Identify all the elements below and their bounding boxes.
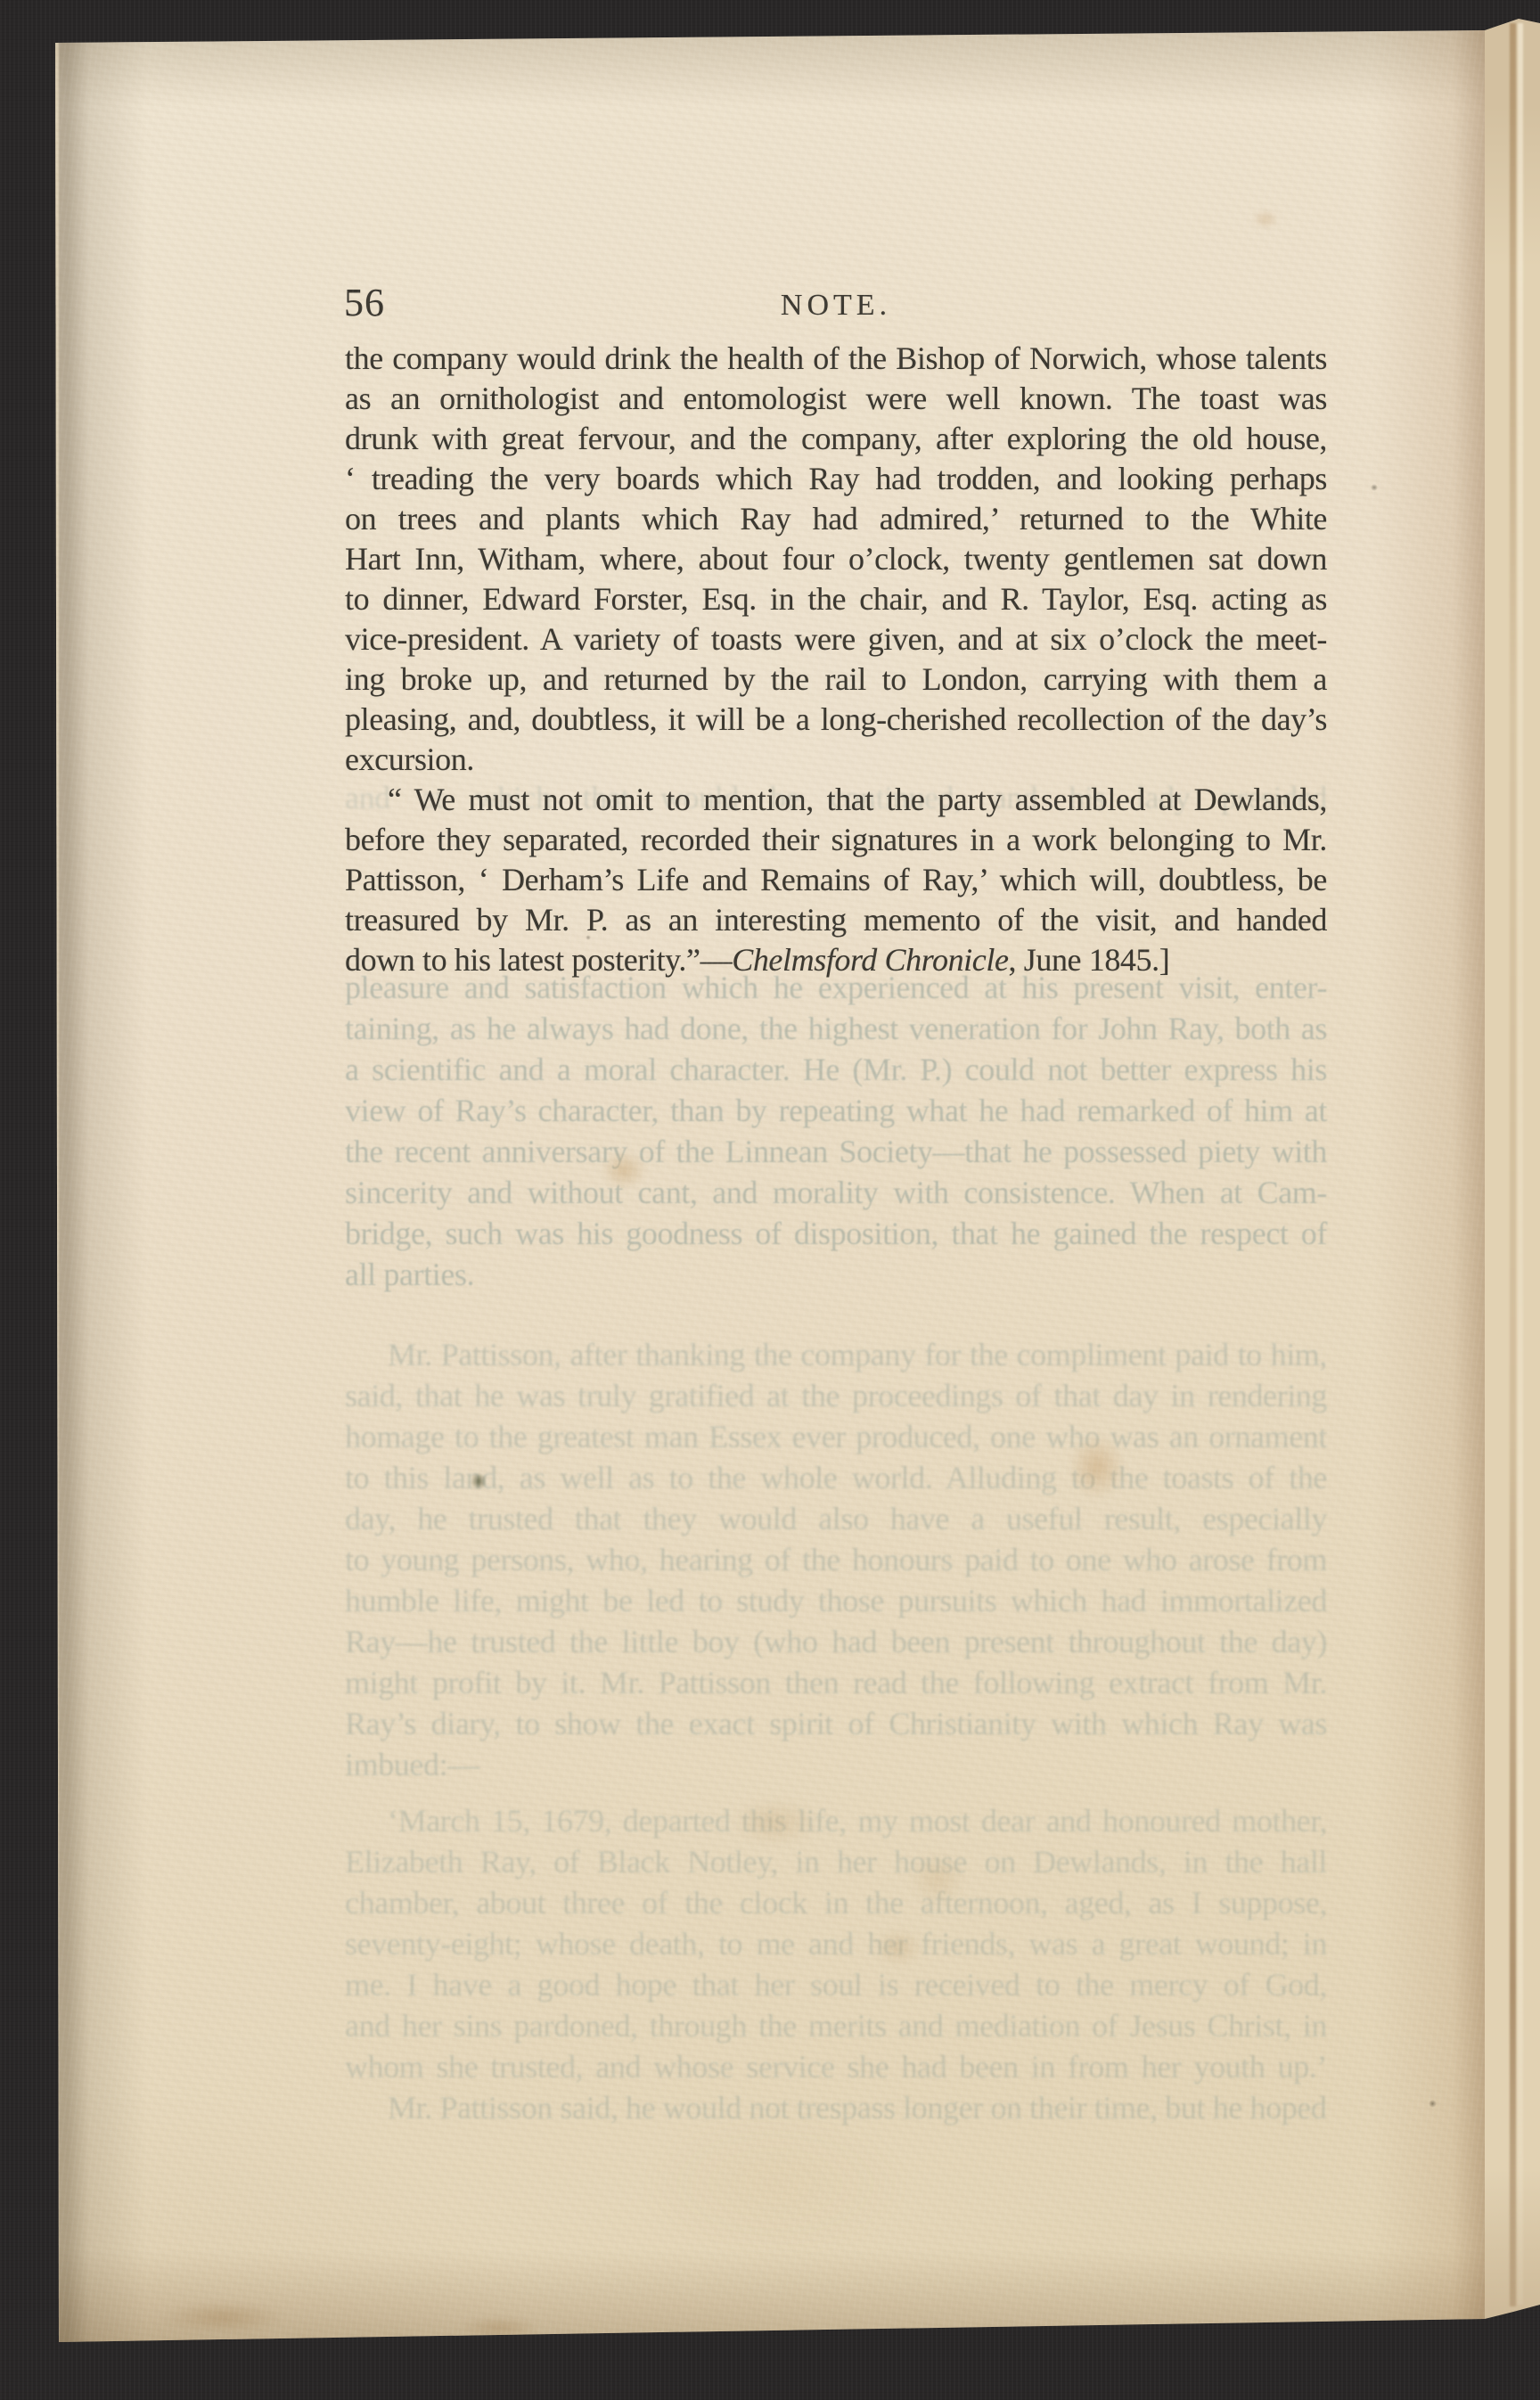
text-line: ‘ treading the very boards which Ray had… <box>345 459 1327 499</box>
text-line: before they separated, recorded their si… <box>345 820 1327 860</box>
text-line: as an ornithologist and entomologist wer… <box>345 379 1327 419</box>
text-line: the company would drink the health of th… <box>345 339 1327 379</box>
text-line: excursion. <box>345 740 1327 780</box>
stain-smudge <box>160 2301 285 2333</box>
ink-speck <box>471 1472 487 1490</box>
text-line: on trees and plants which Ray had admire… <box>345 499 1327 539</box>
text-line: drunk with great fervour, and the compan… <box>345 419 1327 459</box>
fox-spot <box>1252 209 1279 229</box>
paragraph-1: the company would drink the health of th… <box>345 339 1327 780</box>
stain-spot <box>1069 1434 1126 1500</box>
text-line: treasured by Mr. P. as an interesting me… <box>345 900 1327 940</box>
bleed-through-block-a: pleasure and satisfaction which he exper… <box>345 967 1327 1295</box>
fore-edge-crease <box>1510 23 1516 2306</box>
citation-post: , June 1845.] <box>1009 942 1170 978</box>
speck <box>1371 484 1378 491</box>
speck <box>1429 2100 1437 2108</box>
fore-edge-highlight <box>1518 23 1523 2305</box>
running-header: NOTE. <box>345 291 1327 321</box>
discoloration <box>642 2112 909 2255</box>
bleed-through-block-c: ‘March 15, 1679, departed this life, my … <box>345 1800 1327 2128</box>
text-line: Pattisson, ‘ Derham’s Life and Remains o… <box>345 860 1327 900</box>
paragraph-2: “ We must not omit to mention, that the … <box>345 780 1327 980</box>
bleed-through-block-b: Mr. Pattisson, after thanking the compan… <box>345 1334 1327 1785</box>
stain-spot <box>601 1151 647 1190</box>
text-line: ing broke up, and returned by the rail t… <box>345 659 1327 700</box>
stain-spot <box>909 1852 966 1905</box>
stain-spot <box>731 1798 820 1847</box>
text-line: vice-president. A variety of toasts were… <box>345 619 1327 659</box>
text-line: pleasing, and, doubtless, it will be a l… <box>345 700 1327 740</box>
stain-smudge <box>459 2316 539 2339</box>
stain-spot <box>873 1928 923 1967</box>
text-line-citation: down to his latest posterity.”—Chelmsfor… <box>345 940 1327 980</box>
scanned-book-photo: and at which that would be continued, an… <box>0 0 1540 2400</box>
text-line: Hart Inn, Witham, where, about four o’cl… <box>345 539 1327 579</box>
book-page: and at which that would be continued, an… <box>0 0 1540 2400</box>
citation-source: Chelmsford Chronicle <box>732 942 1008 978</box>
text-line: “ We must not omit to mention, that the … <box>345 780 1327 820</box>
text-line: to dinner, Edward Forster, Esq. in the c… <box>345 579 1327 619</box>
citation-pre: down to his latest posterity.”— <box>345 942 732 978</box>
